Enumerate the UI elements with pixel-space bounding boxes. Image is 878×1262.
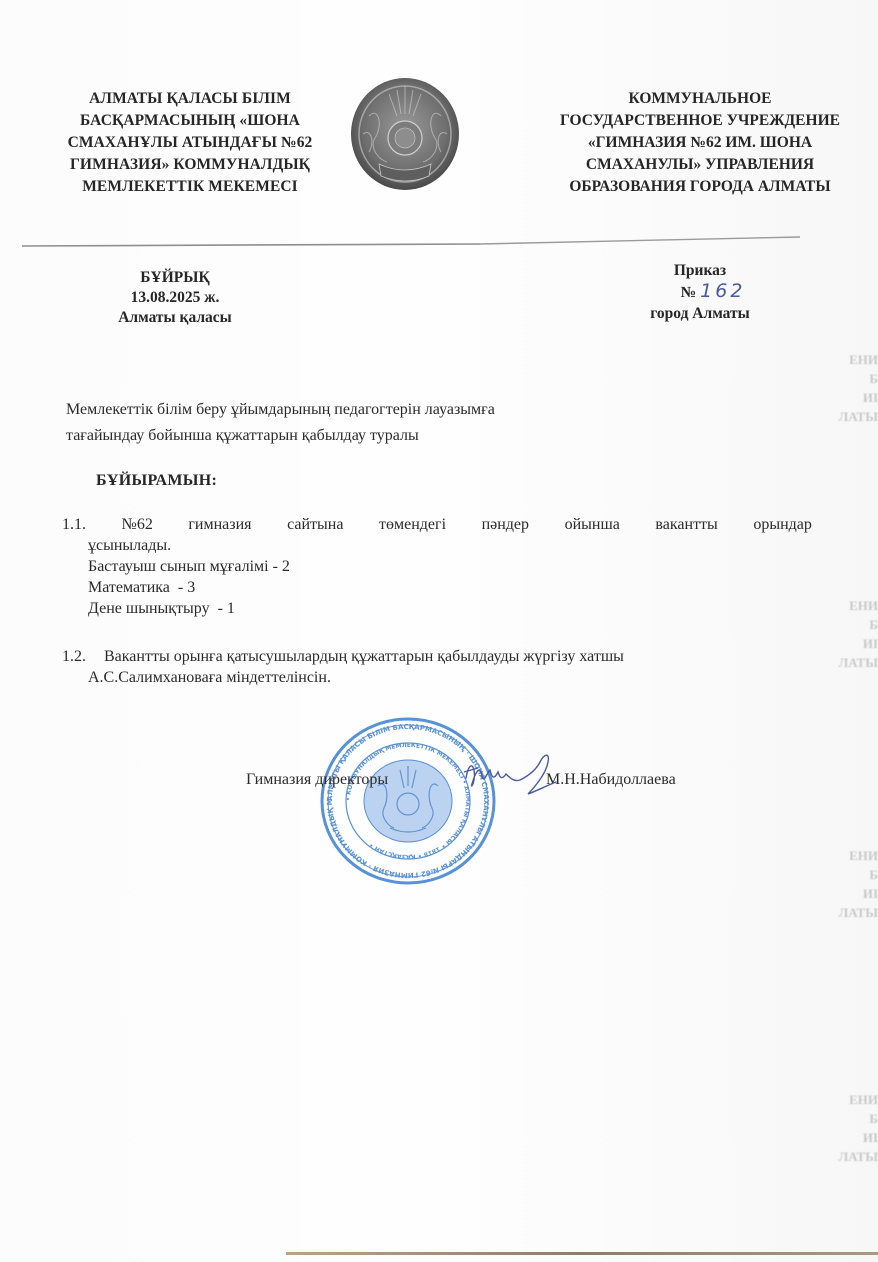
header-kz-line: МЕМЛЕКЕТТІК МЕКЕМЕСІ xyxy=(40,176,340,198)
bleed-line: ЛАТЫ xyxy=(790,653,878,672)
bleed-line: ЛАТЫ xyxy=(790,407,878,426)
item-continuation: ұсынылады. xyxy=(62,535,812,556)
signatory-title: Гимназия директоры xyxy=(246,771,388,789)
state-emblem-icon xyxy=(349,76,461,194)
vacancy-line: Бастауыш сынып мұғалімі - 2 xyxy=(62,556,812,577)
bleed-line: ЕНИ xyxy=(790,846,878,865)
document-page: АЛМАТЫ ҚАЛАСЫ БІЛІМ БАСҚАРМАСЫНЫҢ «ШОНА … xyxy=(0,0,878,1262)
order-title-kz: БҰЙРЫҚ xyxy=(80,268,270,288)
order-title-ru: Приказ xyxy=(620,260,780,281)
handwritten-signature-icon xyxy=(458,748,568,800)
item-word: сайтына xyxy=(287,514,343,535)
header-kz-line: ГИМНАЗИЯ» КОММУНАЛДЫҚ xyxy=(40,154,340,176)
item-first-line: 1.2. Вакантты орынға қатысушылардың құжа… xyxy=(62,646,812,667)
header-ru-line: «ГИМНАЗИЯ №62 ИМ. ШОНА xyxy=(522,132,878,154)
bleed-line: ЛАТЫ xyxy=(790,903,878,922)
subject-line: тағайындау бойынша құжаттарын қабылдау т… xyxy=(66,423,666,449)
bleed-line: ЕНИ xyxy=(790,350,878,369)
bleed-line: ИІ xyxy=(790,1128,878,1147)
vacancy-line: Дене шынықтыру - 1 xyxy=(62,598,812,619)
bleed-line: ЕНИ xyxy=(790,1090,878,1109)
bleed-line: ИІ xyxy=(790,388,878,407)
item-word: вакантты xyxy=(655,514,717,535)
bleed-line: ЛАТЫ xyxy=(790,1147,878,1166)
item-continuation: А.С.Салимхановаға міндеттелінсін. xyxy=(62,667,812,688)
subject-line: Мемлекеттік білім беру ұйымдарының педаг… xyxy=(66,397,666,423)
bleed-line: ИІ xyxy=(790,634,878,653)
bleed-line: ИІ xyxy=(790,884,878,903)
header-ru-line: ГОСУДАРСТВЕННОЕ УЧРЕЖДЕНИЕ xyxy=(522,110,878,132)
item-number: 1.1. xyxy=(62,514,86,535)
order-subject: Мемлекеттік білім беру ұйымдарының педаг… xyxy=(66,397,666,449)
bleed-through-text: ЕНИ Б ИІ ЛАТЫ xyxy=(790,846,878,922)
item-word: гимназия xyxy=(188,514,251,535)
bleed-through-text: ЕНИ Б ИІ ЛАТЫ xyxy=(790,350,878,426)
item-number: 1.2. xyxy=(62,646,96,667)
order-city-kz: Алматы қаласы xyxy=(80,308,270,328)
header-kz-line: БАСҚАРМАСЫНЫҢ «ШОНА xyxy=(40,110,340,132)
bleed-line: Б xyxy=(790,615,878,634)
vacancy-line: Математика - 3 xyxy=(62,577,812,598)
order-date: 13.08.2025 ж. xyxy=(80,288,270,308)
bleed-line: Б xyxy=(790,369,878,388)
order-block-russian: Приказ №162 город Алматы xyxy=(620,260,780,324)
item-text: Вакантты орынға қатысушылардың құжаттары… xyxy=(104,648,624,665)
item-word: пәндер xyxy=(482,514,529,535)
bleed-line: ЕНИ xyxy=(790,596,878,615)
order-item-1: 1.1. №62 гимназия сайтына төмендегі пәнд… xyxy=(62,514,812,619)
item-word: №62 xyxy=(122,514,153,535)
header-ru-line: ОБРАЗОВАНИЯ ГОРОДА АЛМАТЫ xyxy=(522,176,878,198)
item-first-line: 1.1. №62 гимназия сайтына төмендегі пәнд… xyxy=(62,514,812,535)
header-kazakh: АЛМАТЫ ҚАЛАСЫ БІЛІМ БАСҚАРМАСЫНЫҢ «ШОНА … xyxy=(40,88,340,198)
order-number: №162 xyxy=(620,281,780,303)
bleed-line: Б xyxy=(790,865,878,884)
order-block-kazakh: БҰЙРЫҚ 13.08.2025 ж. Алматы қаласы xyxy=(80,268,270,328)
order-number-prefix: № xyxy=(681,284,697,301)
bleed-line: Б xyxy=(790,1109,878,1128)
item-word: орындар xyxy=(753,514,812,535)
header-russian: КОММУНАЛЬНОЕ ГОСУДАРСТВЕННОЕ УЧРЕЖДЕНИЕ … xyxy=(522,88,878,198)
order-city-ru: город Алматы xyxy=(620,303,780,324)
decree-heading: БҰЙЫРАМЫН: xyxy=(96,472,217,490)
header-kz-line: СМАХАНҰЛЫ АТЫНДАҒЫ №62 xyxy=(40,132,340,154)
item-word: төмендегі xyxy=(379,514,446,535)
bleed-through-text: ЕНИ Б ИІ ЛАТЫ xyxy=(790,1090,878,1166)
header-ru-line: СМАХАНУЛЫ» УПРАВЛЕНИЯ xyxy=(522,154,878,176)
page-bottom-edge xyxy=(286,1252,878,1255)
bleed-through-text: ЕНИ Б ИІ ЛАТЫ xyxy=(790,596,878,672)
header-divider xyxy=(20,230,810,250)
order-number-handwritten: 162 xyxy=(700,280,745,302)
header-kz-line: АЛМАТЫ ҚАЛАСЫ БІЛІМ xyxy=(40,88,340,110)
header-ru-line: КОММУНАЛЬНОЕ xyxy=(522,88,878,110)
official-stamp-icon: АЛМАТЫ ҚАЛАСЫ БІЛІМ БАСҚАРМАСЫНЫҢ · ШОНА… xyxy=(318,716,498,886)
order-item-2: 1.2. Вакантты орынға қатысушылардың құжа… xyxy=(62,646,812,688)
item-word: ойынша xyxy=(565,514,620,535)
